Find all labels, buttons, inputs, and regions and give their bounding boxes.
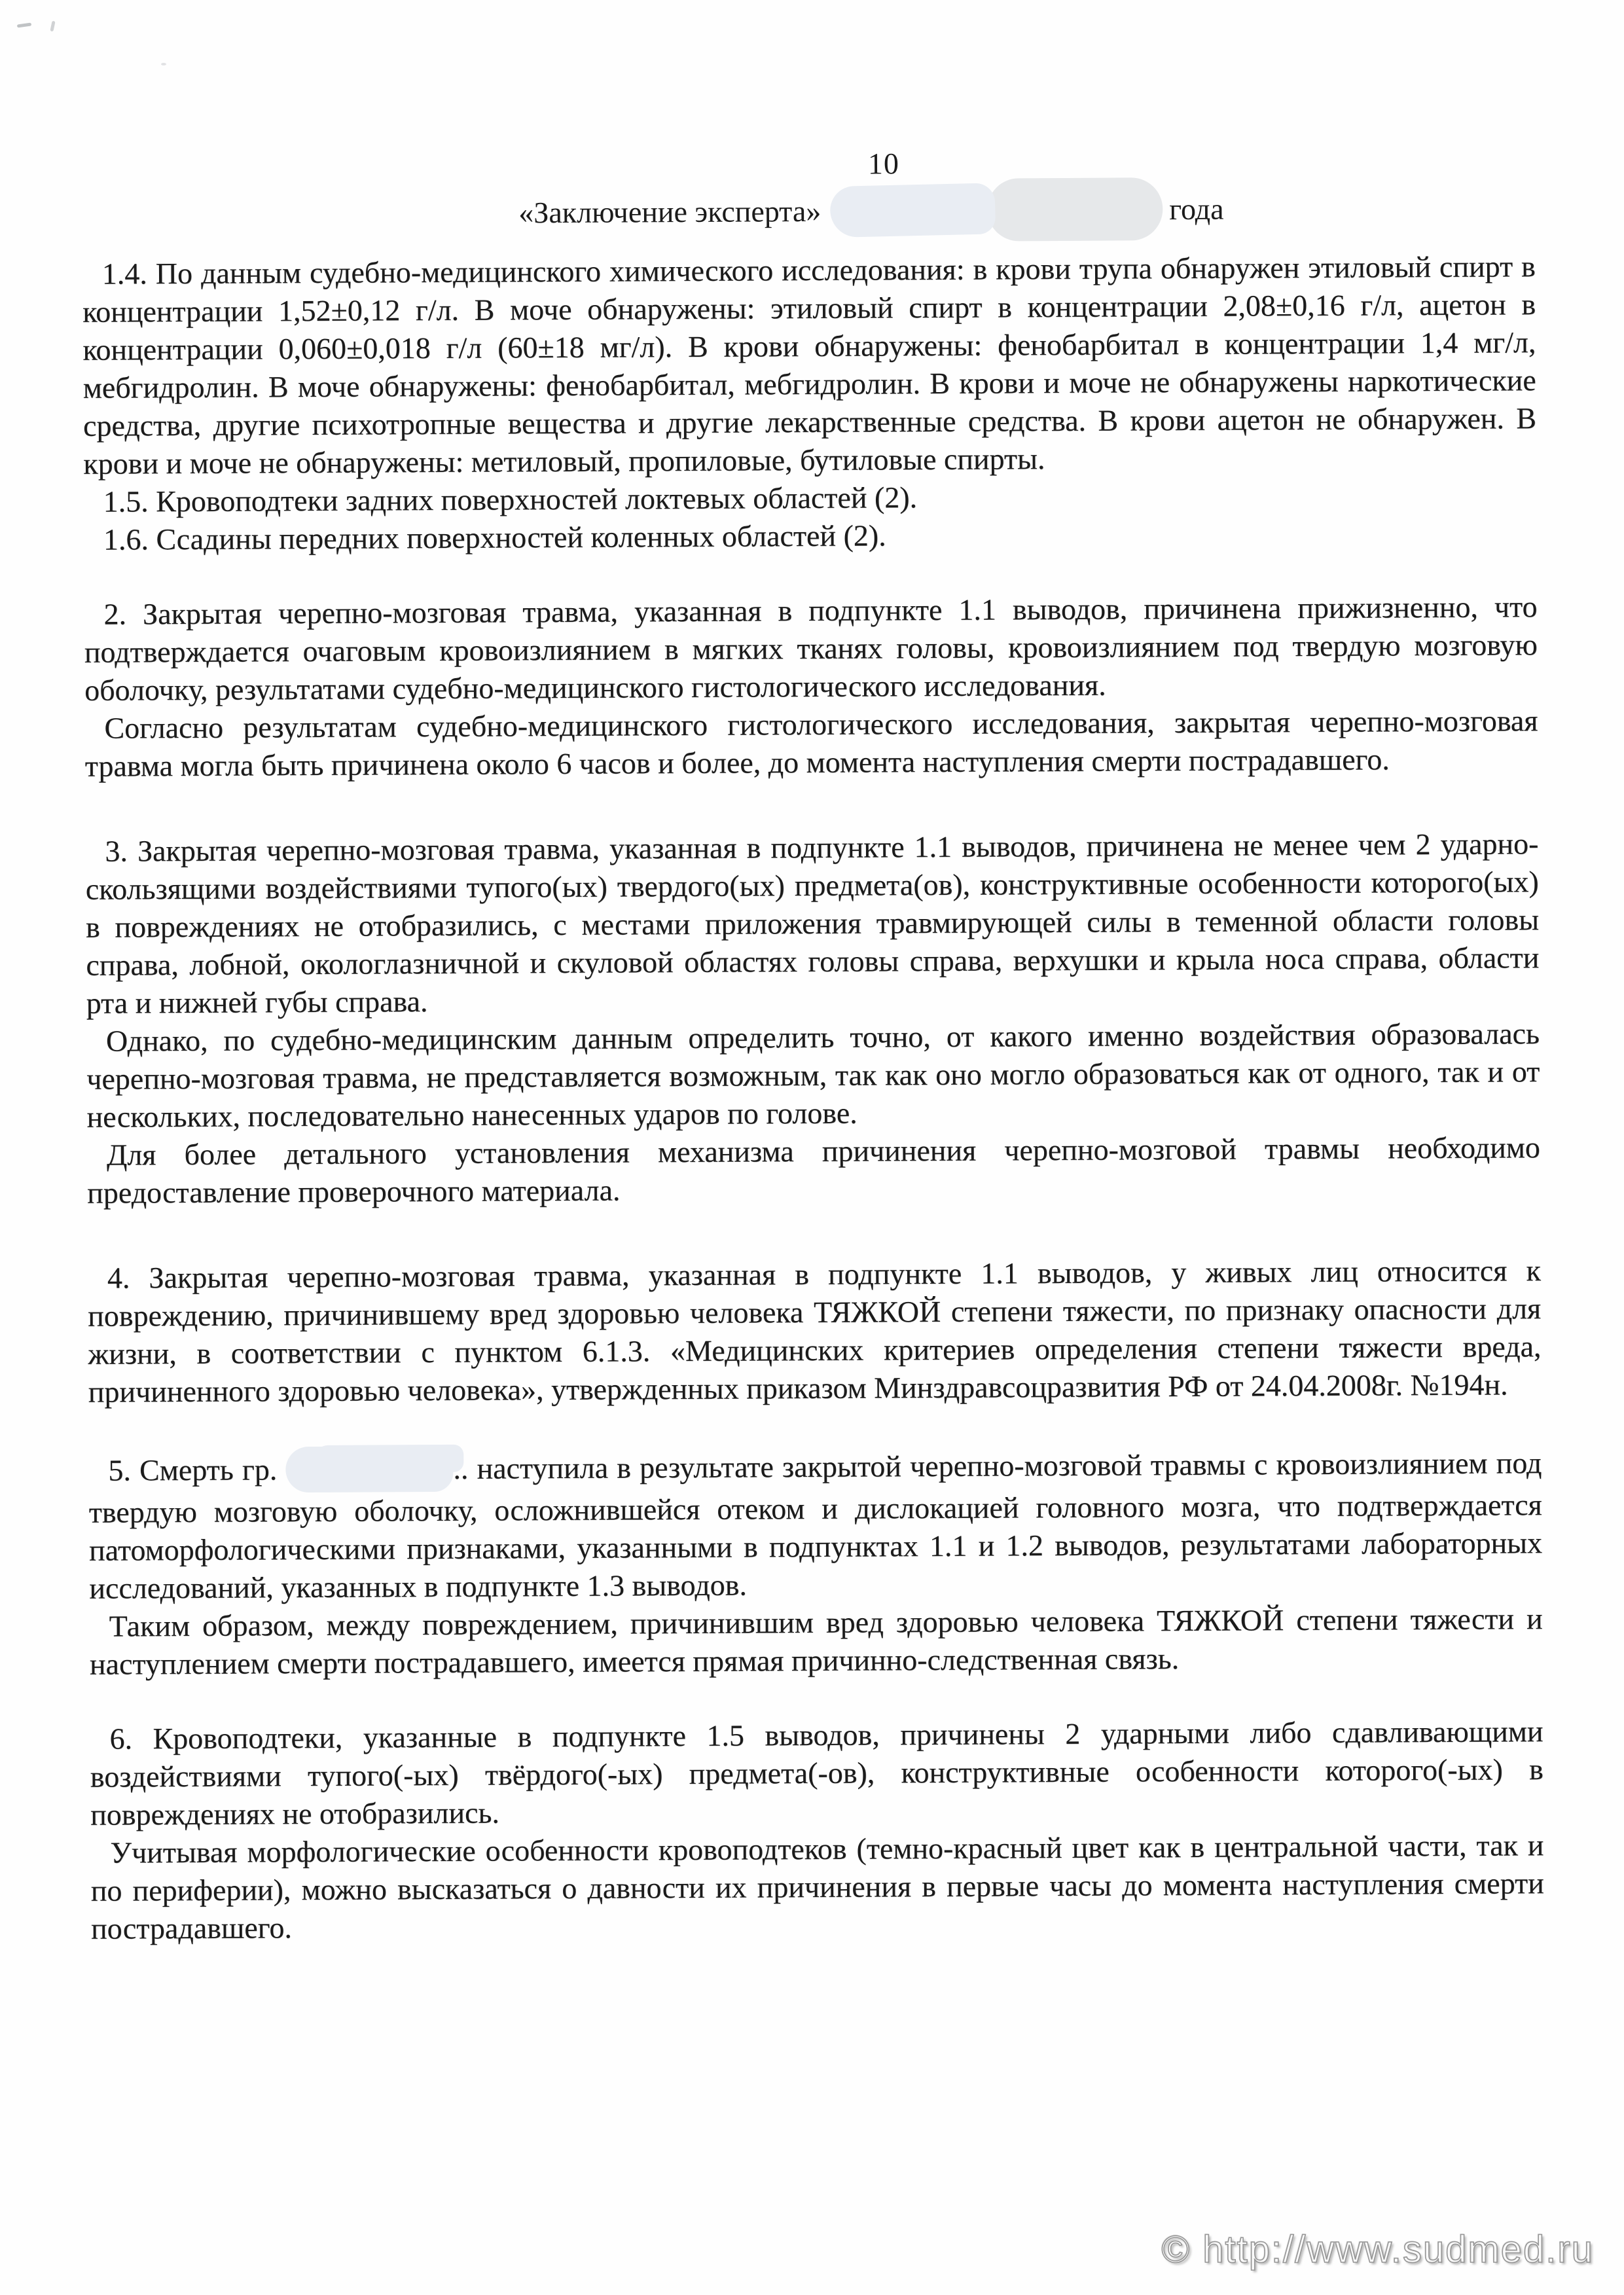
paragraph-1-4: 1.4. По данным судебно-медицинского хими… — [82, 247, 1537, 483]
redaction-blob — [987, 177, 1163, 241]
conclusions-section: 1.4. По данным судебно-медицинского хими… — [82, 247, 1545, 1948]
sudmed-watermark: © http://www.sudmed.ru — [1161, 2228, 1594, 2271]
paragraph-5-prefix: 5. Смерть гр. — [108, 1453, 285, 1487]
scan-surface: 10 «Заключение эксперта» года 1.4. По да… — [0, 0, 1624, 2295]
paragraph-5-continuation: Таким образом, между повреждением, причи… — [90, 1600, 1543, 1684]
paragraph-1-6: 1.6. Ссадины передних поверхностей колен… — [84, 513, 1537, 559]
paragraph-5: 5. Смерть гр. .. наступила в результате … — [88, 1440, 1542, 1608]
scanned-document-page: 10 «Заключение эксперта» года 1.4. По да… — [0, 0, 1624, 2295]
paragraph-6: 6. Кровоподтеки, указанные в подпункте 1… — [90, 1712, 1543, 1834]
paragraph-3-continuation-2: Для более детального установления механи… — [87, 1129, 1541, 1212]
document-title: «Заключение эксперта» — [518, 193, 821, 229]
header-year-label: года — [1169, 191, 1223, 226]
page-number: 10 — [868, 146, 899, 181]
paragraph-2-continuation: Согласно результатам судебно-медицинског… — [84, 702, 1538, 786]
redaction-blob — [829, 183, 996, 238]
paragraph-3-continuation-1: Однако, по судебно-медицинским данным оп… — [86, 1015, 1540, 1136]
paragraph-2: 2. Закрытая черепно-мозговая травма, ука… — [84, 588, 1538, 710]
paragraph-4: 4. Закрытая черепно-мозговая травма, ука… — [88, 1252, 1542, 1411]
redacted-name-blob — [285, 1446, 453, 1492]
document-header: «Заключение эксперта» года — [518, 176, 1224, 245]
paragraph-6-continuation: Учитывая морфологические особенности кро… — [90, 1826, 1544, 1948]
paragraph-3: 3. Закрытая черепно-мозговая травма, ука… — [85, 825, 1539, 1022]
redacted-date-block — [830, 176, 1163, 244]
